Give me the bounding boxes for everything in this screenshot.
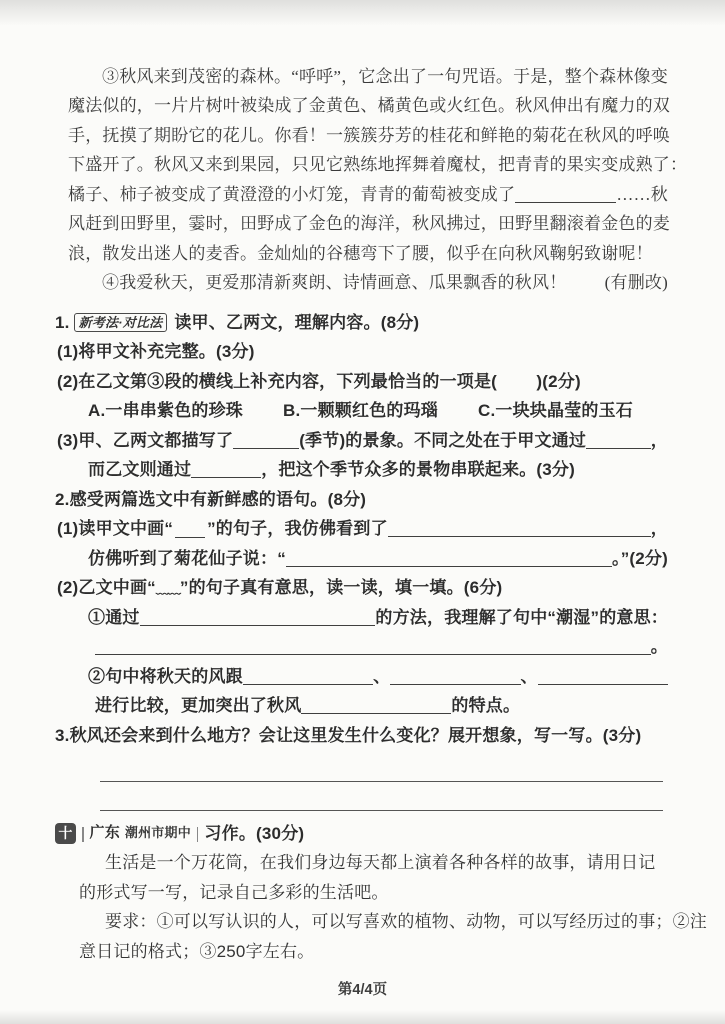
question-1-stem-row: 1.新考法·对比法读甲、乙两文，理解内容。(8分) bbox=[55, 306, 668, 336]
separator: 、 bbox=[373, 664, 390, 690]
prompt-text: 的形式写一写，记录自己多彩的生活吧。 bbox=[79, 880, 389, 906]
divider bbox=[82, 827, 84, 842]
exam-source-label: 潮州市期中 bbox=[125, 820, 191, 846]
edit-note: (有删改) bbox=[605, 270, 668, 296]
question-stem: 2.感受两篇选文中有新鲜感的语句。(8分) bbox=[55, 487, 366, 513]
requirement-text: 意日记的格式；③250字左右。 bbox=[79, 939, 314, 965]
sub-question: ”的句子，我仿佛看到了 bbox=[207, 516, 388, 542]
sub-question: 进行比较，更加突出了秋风 bbox=[95, 693, 301, 719]
underline-mark bbox=[175, 537, 205, 538]
sub-question: (2)在乙文第③段的横线上补充内容，下列最恰当的一项是( )(2分) bbox=[57, 369, 581, 395]
option-c: C.一块块晶莹的玉石 bbox=[478, 398, 633, 424]
question-2: 2.感受两篇选文中有新鲜感的语句。(8分) (1)读甲文中画“”的句子，我仿佛看… bbox=[55, 483, 668, 719]
passage-text: 手，抚摸了期盼它的花儿。你看！一簇簇芬芳的桂花和鲜艳的菊花在秋风的呼唤 bbox=[68, 123, 670, 149]
sub-question: (1)读甲文中画“ bbox=[57, 516, 173, 542]
question-stem: 3.秋风还会来到什么地方？会让这里发生什么变化？展开想象，写一写。(3分) bbox=[55, 723, 641, 749]
passage-text: ④我爱秋天，更爱那清新爽朗、诗情画意、瓜果飘香的秋风！ bbox=[68, 270, 566, 296]
passage-block: ③秋风来到茂密的森林。“呼呼”，它念出了一句咒语。于是，整个森林像变 魔法似的，… bbox=[68, 60, 668, 296]
blank-line bbox=[515, 202, 616, 203]
passage-text: 下盛开了。秋风又来到果园，只见它熟练地挥舞着魔杖，把青青的果实变成熟了： bbox=[68, 152, 687, 178]
question-2-1-row-2: 仿佛听到了菊花仙子说：“。”(2分) bbox=[88, 542, 668, 572]
sub-question: 。 bbox=[651, 634, 668, 660]
option-a: A.一串串紫色的珍珠 bbox=[88, 398, 243, 424]
sub-question: (2)乙文中画“ bbox=[57, 575, 156, 601]
blank-line bbox=[388, 536, 651, 537]
sub-question: ②句中将秋天的风跟 bbox=[88, 664, 243, 690]
question-2-stem-row: 2.感受两篇选文中有新鲜感的语句。(8分) bbox=[55, 483, 668, 513]
blank-line bbox=[586, 448, 651, 449]
blank-line bbox=[286, 566, 612, 567]
worksheet-page: ③秋风来到茂密的森林。“呼呼”，它念出了一句咒语。于是，整个森林像变 魔法似的，… bbox=[0, 0, 725, 1024]
sub-question: (1)将甲文补充完整。(3分) bbox=[57, 339, 255, 365]
question-2-2-item1-row-1: ①通过的方法，我理解了句中“潮湿”的意思： bbox=[88, 601, 668, 631]
passage-line: 手，抚摸了期盼它的花儿。你看！一簇簇芬芳的桂花和鲜艳的菊花在秋风的呼唤 bbox=[68, 119, 668, 149]
passage-line: ④我爱秋天，更爱那清新爽朗、诗情画意、瓜果飘香的秋风！(有删改) bbox=[68, 267, 668, 297]
question-3-stem-row: 3.秋风还会来到什么地方？会让这里发生什么变化？展开想象，写一写。(3分) bbox=[55, 719, 668, 749]
passage-text: ……秋 bbox=[616, 182, 668, 208]
question-2-1-row-1: (1)读甲文中画“”的句子，我仿佛看到了， bbox=[57, 513, 668, 543]
question-1-1-row: (1)将甲文补充完整。(3分) bbox=[57, 336, 668, 366]
sub-question: (季节)的景象。不同之处在于甲文通过 bbox=[299, 428, 586, 454]
answer-line bbox=[100, 782, 663, 811]
sub-question: ①通过 bbox=[88, 605, 140, 631]
sub-question: 的方法，我理解了句中“潮湿”的意思： bbox=[375, 605, 668, 631]
passage-text: 浪，散发出迷人的麦香。金灿灿的谷穗弯下了腰，似乎在向秋风鞠躬致谢呢！ bbox=[68, 241, 653, 267]
blank-line bbox=[191, 477, 261, 478]
divider bbox=[197, 827, 199, 842]
question-1-2-options-row: A.一串串紫色的珍珠B.一颗颗红色的玛瑙C.一块块晶莹的玉石 bbox=[88, 395, 668, 425]
blank-line bbox=[301, 713, 451, 714]
requirement-line: 要求：①可以写认识的人，可以写喜欢的植物、动物，可以写经历过的事；②注 bbox=[79, 906, 668, 936]
sub-question: ， bbox=[651, 516, 668, 542]
blank-line bbox=[233, 448, 299, 449]
blank-line bbox=[95, 654, 651, 655]
sub-question: ， bbox=[651, 428, 668, 454]
question-1-3-row-2: 而乙文则通过，把这个季节众多的景物串联起来。(3分) bbox=[88, 454, 668, 484]
requirement-text: 要求：①可以写认识的人，可以写喜欢的植物、动物，可以写经历过的事；②注 bbox=[79, 909, 707, 935]
sub-question: ”的句子真有意思，读一读，填一填。(6分) bbox=[180, 575, 502, 601]
sub-question: 仿佛听到了菊花仙子说：“ bbox=[88, 546, 286, 572]
question-1-3-row-1: (3)甲、乙两文都描写了(季节)的景象。不同之处在于甲文通过， bbox=[57, 424, 668, 454]
passage-line: ③秋风来到茂密的森林。“呼呼”，它念出了一句咒语。于是，整个森林像变 bbox=[68, 60, 668, 90]
prompt-line: 生活是一个万花筒，在我们身边每天都上演着各种各样的故事，请用日记 bbox=[79, 847, 668, 877]
writing-prompt-block: 生活是一个万花筒，在我们身边每天都上演着各种各样的故事，请用日记 的形式写一写，… bbox=[79, 847, 668, 965]
sub-question: (3)甲、乙两文都描写了 bbox=[57, 428, 233, 454]
answer-line bbox=[100, 753, 663, 782]
option-b: B.一颗颗红色的玛瑙 bbox=[283, 398, 438, 424]
passage-text: ③秋风来到茂密的森林。“呼呼”，它念出了一句咒语。于是，整个森林像变 bbox=[68, 64, 668, 90]
passage-line: 下盛开了。秋风又来到果园，只见它熟练地挥舞着魔杖，把青青的果实变成熟了： bbox=[68, 149, 668, 179]
blank-line bbox=[390, 684, 520, 685]
question-1-2-row: (2)在乙文第③段的横线上补充内容，下列最恰当的一项是( )(2分) bbox=[57, 365, 668, 395]
passage-text: 魔法似的，一片片树叶被染成了金黄色、橘黄色或火红色。秋风伸出有魔力的双 bbox=[68, 93, 670, 119]
page-number: 第4/4页 bbox=[0, 978, 725, 999]
wavy-underline-mark: ﹏﹏ bbox=[156, 576, 180, 602]
passage-line: 魔法似的，一片片树叶被染成了金黄色、橘黄色或火红色。秋风伸出有魔力的双 bbox=[68, 90, 668, 120]
new-method-badge: 新考法·对比法 bbox=[74, 313, 168, 332]
writing-header-row: 十广东潮州市期中习作。(30分) bbox=[55, 817, 668, 847]
sub-question: 的特点。 bbox=[451, 693, 520, 719]
question-2-2-item2-row-1: ②句中将秋天的风跟、、 bbox=[88, 660, 668, 690]
question-2-2-item2-row-2: 进行比较，更加突出了秋风的特点。 bbox=[95, 690, 668, 720]
writing-title: 习作。(30分) bbox=[204, 821, 304, 847]
question-stem: 读甲、乙两文，理解内容。(8分) bbox=[174, 310, 419, 336]
sub-question: 。”(2分) bbox=[612, 546, 668, 572]
question-1: 1.新考法·对比法读甲、乙两文，理解内容。(8分) (1)将甲文补充完整。(3分… bbox=[55, 306, 668, 483]
question-2-2-row: (2)乙文中画“﹏﹏”的句子真有意思，读一读，填一填。(6分) bbox=[57, 572, 668, 602]
blank-line bbox=[538, 684, 668, 685]
passage-line: 风赶到田野里，霎时，田野成了金色的海洋，秋风拂过，田野里翻滚着金色的麦 bbox=[68, 208, 668, 238]
prompt-line: 的形式写一写，记录自己多彩的生活吧。 bbox=[79, 876, 668, 906]
question-3: 3.秋风还会来到什么地方？会让这里发生什么变化？展开想象，写一写。(3分) bbox=[55, 719, 668, 811]
passage-line: 浪，散发出迷人的麦香。金灿灿的谷穗弯下了腰，似乎在向秋风鞠躬致谢呢！ bbox=[68, 237, 668, 267]
region-label: 广东 bbox=[90, 820, 120, 846]
writing-section: 十广东潮州市期中习作。(30分) 生活是一个万花筒，在我们身边每天都上演着各种各… bbox=[55, 817, 668, 965]
sub-question: 而乙文则通过 bbox=[88, 457, 191, 483]
passage-text: 风赶到田野里，霎时，田野成了金色的海洋，秋风拂过，田野里翻滚着金色的麦 bbox=[68, 211, 670, 237]
requirement-line: 意日记的格式；③250字左右。 bbox=[79, 935, 668, 965]
passage-text: 橘子、柿子被变成了黄澄澄的小灯笼，青青的葡萄被变成了 bbox=[68, 182, 515, 208]
page-content: ③秋风来到茂密的森林。“呼呼”，它念出了一句咒语。于是，整个森林像变 魔法似的，… bbox=[0, 0, 725, 965]
section-number-badge: 十 bbox=[55, 823, 76, 844]
separator: 、 bbox=[521, 664, 538, 690]
blank-line bbox=[243, 684, 373, 685]
blank-line bbox=[140, 625, 376, 626]
sub-question: ，把这个季节众多的景物串联起来。(3分) bbox=[261, 457, 575, 483]
question-number: 1. bbox=[55, 310, 70, 336]
passage-line: 橘子、柿子被变成了黄澄澄的小灯笼，青青的葡萄被变成了……秋 bbox=[68, 178, 668, 208]
prompt-text: 生活是一个万花筒，在我们身边每天都上演着各种各样的故事，请用日记 bbox=[79, 850, 655, 876]
question-2-2-item1-row-2: 。 bbox=[95, 631, 668, 661]
